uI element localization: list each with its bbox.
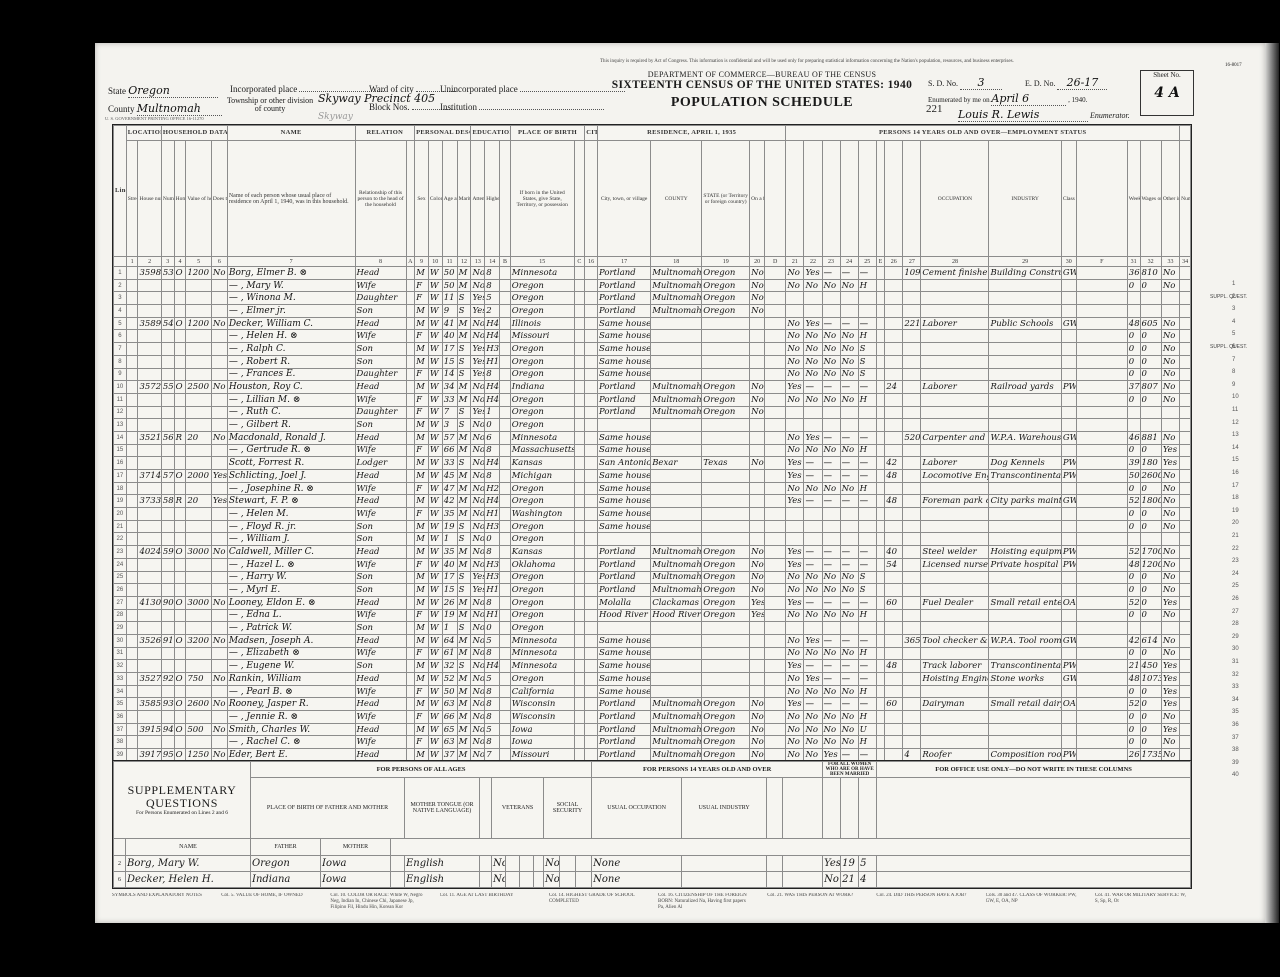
cell-wk <box>1127 292 1140 305</box>
census-row: 3— , Winona M.DaughterFW11SYes5OregonPor… <box>114 292 1191 305</box>
cell-house: 3714 <box>138 470 161 483</box>
cell-gr: 8 <box>485 596 500 609</box>
cell-c21 <box>786 508 804 521</box>
cell-race: W <box>428 419 442 432</box>
form-number: 16-8017 <box>1225 62 1242 69</box>
cell-race: W <box>428 660 442 673</box>
cell-wage <box>1140 622 1161 635</box>
cell-rel: Daughter <box>355 406 406 419</box>
cell-c24: — <box>840 596 858 609</box>
cell-hh <box>161 571 174 584</box>
cell-age: 66 <box>442 444 457 457</box>
cell-c24: — <box>840 431 858 444</box>
cell-c21: No <box>786 609 804 622</box>
cell-c24: No <box>840 330 858 343</box>
cell-blank <box>876 470 885 483</box>
cell-wage: 450 <box>1140 660 1161 673</box>
column-number: 16 <box>585 257 598 267</box>
cell-house: 3527 <box>138 673 161 686</box>
cell-rel: Wife <box>355 482 406 495</box>
cell-blank <box>876 317 885 330</box>
cell-c21: No <box>786 571 804 584</box>
cell-blank <box>406 267 415 280</box>
cell-bp: Minnesota <box>510 634 574 647</box>
cell-cnty: Multnomah <box>651 546 702 559</box>
column-number: 9 <box>415 257 429 267</box>
cell-oth: No <box>1161 571 1179 584</box>
cell-c23: — <box>822 596 840 609</box>
cell-blank <box>1180 660 1191 673</box>
cell-sch: No <box>471 711 485 724</box>
cell-blank <box>1076 533 1127 546</box>
cell-farm: No <box>211 381 227 394</box>
supp-blank <box>783 872 823 888</box>
cell-age: 45 <box>442 470 457 483</box>
cell-name: Rooney, Jasper R. <box>227 698 355 711</box>
cell-blank <box>765 520 786 533</box>
cell-sex: F <box>415 482 429 495</box>
cell-c26: 48 <box>885 660 903 673</box>
cell-c26 <box>885 393 903 406</box>
township-annotation: Skyway <box>318 112 353 122</box>
cell-street <box>126 634 138 647</box>
cell-blank <box>1076 698 1127 711</box>
cell-bp: Oregon <box>510 305 574 318</box>
cell-c24: No <box>840 647 858 660</box>
cell-oth: Yes <box>1161 698 1179 711</box>
cell-c22 <box>804 508 822 521</box>
column-number: F <box>1076 257 1127 267</box>
cell-blank <box>406 711 415 724</box>
cell-blank <box>1076 457 1127 470</box>
cell-c25: H <box>858 330 876 343</box>
cell-onfarm <box>750 343 765 356</box>
cell-oth: No <box>1161 558 1179 571</box>
cell-race: W <box>428 482 442 495</box>
cell-c27 <box>903 457 921 470</box>
column-number: 5 <box>186 257 212 267</box>
cell-cls <box>1061 305 1076 318</box>
cell-own: R <box>174 495 186 508</box>
right-line-number: 39 <box>1232 760 1239 766</box>
cell-gr: H1 <box>485 584 500 597</box>
cell-name: — , Gertrude R. ⊗ <box>227 444 355 457</box>
cell-value <box>186 457 212 470</box>
cell-blank <box>876 634 885 647</box>
cell-oth: No <box>1161 495 1179 508</box>
schedule-title: POPULATION SCHEDULE <box>592 95 932 111</box>
cell-c27 <box>903 711 921 724</box>
cell-own: O <box>174 317 186 330</box>
cell-age: 50 <box>442 685 457 698</box>
cell-blank <box>876 685 885 698</box>
right-line-number: 17 <box>1232 483 1239 489</box>
cell-age: 35 <box>442 546 457 559</box>
cell-st: Oregon <box>702 723 750 736</box>
cell-age: 19 <box>442 520 457 533</box>
cell-blank <box>500 406 511 419</box>
cell-blank <box>585 343 598 356</box>
cell-wage: 0 <box>1140 482 1161 495</box>
cell-blank <box>1076 431 1127 444</box>
cell-wage: 0 <box>1140 685 1161 698</box>
cell-c21: No <box>786 267 804 280</box>
cell-gr: 8 <box>485 698 500 711</box>
cell-blank <box>876 406 885 419</box>
cell-street <box>126 457 138 470</box>
right-line-number: 15 <box>1232 457 1239 463</box>
cell-sex: M <box>415 723 429 736</box>
cell-c23 <box>822 292 840 305</box>
cell-gr: H4 <box>485 317 500 330</box>
cell-blank <box>585 305 598 318</box>
line-number: 24 <box>114 558 127 571</box>
cell-wk: 37 <box>1127 381 1140 394</box>
cell-bp: Michigan <box>510 470 574 483</box>
cell-own <box>174 305 186 318</box>
cell-c21: No <box>786 482 804 495</box>
cell-st <box>702 508 750 521</box>
cell-own <box>174 609 186 622</box>
cell-cls <box>1061 482 1076 495</box>
cell-blank <box>500 482 511 495</box>
cell-c26: 42 <box>885 457 903 470</box>
cell-name: — , Floyd R. jr. <box>227 520 355 533</box>
cell-sch: No <box>471 495 485 508</box>
cell-street <box>126 470 138 483</box>
cell-c27: 365 <box>903 634 921 647</box>
cell-rel: Son <box>355 533 406 546</box>
cell-c26 <box>885 368 903 381</box>
cell-gr: 8 <box>485 685 500 698</box>
cell-cls: PW <box>1061 470 1076 483</box>
line-number: 18 <box>114 482 127 495</box>
cell-city: Same house <box>598 647 651 660</box>
cell-blank <box>500 698 511 711</box>
cell-blank <box>876 711 885 724</box>
supp-married_more: Yes <box>823 856 841 872</box>
cell-hh: 93 <box>161 698 174 711</box>
cell-c22: — <box>804 470 822 483</box>
line-number: 25 <box>114 571 127 584</box>
cell-blank <box>1076 673 1127 686</box>
cell-blank <box>876 495 885 508</box>
cell-blank <box>585 267 598 280</box>
cell-sch: Yes <box>471 355 485 368</box>
cell-blank <box>765 457 786 470</box>
cell-blank <box>1180 419 1191 432</box>
cell-house: 3915 <box>138 723 161 736</box>
cell-cls: GW <box>1061 495 1076 508</box>
column-number: 29 <box>989 257 1061 267</box>
cell-blank <box>406 470 415 483</box>
cell-age: 35 <box>442 508 457 521</box>
cell-rel: Son <box>355 355 406 368</box>
cell-oth: Yes <box>1161 444 1179 457</box>
cell-own <box>174 330 186 343</box>
cell-rel: Head <box>355 381 406 394</box>
right-line-number: 29 <box>1232 634 1239 640</box>
cell-farm <box>211 355 227 368</box>
cell-hh <box>161 292 174 305</box>
cell-c27 <box>903 292 921 305</box>
cell-city: San Antonio <box>598 457 651 470</box>
census-row: 14352156R20NoMacdonald, Ronald J.HeadMW5… <box>114 431 1191 444</box>
cell-blank <box>876 431 885 444</box>
cell-hh <box>161 558 174 571</box>
cell-age: 63 <box>442 736 457 749</box>
cell-ms: S <box>457 584 471 597</box>
supp-name: Borg, Mary W. <box>126 856 251 872</box>
supp-usual_occ: None <box>592 856 682 872</box>
cell-blank <box>500 723 511 736</box>
cell-street <box>126 673 138 686</box>
cell-blank <box>574 419 585 432</box>
cell-name: — , Ralph C. <box>227 343 355 356</box>
cell-value <box>186 355 212 368</box>
cell-race: W <box>428 622 442 635</box>
cell-blank <box>876 596 885 609</box>
cell-blank <box>765 495 786 508</box>
cell-c24: No <box>840 736 858 749</box>
cell-street <box>126 355 138 368</box>
supp-age_first_marriage: 21 <box>841 872 859 888</box>
line-number: 38 <box>114 736 127 749</box>
supp-blank <box>480 872 492 888</box>
cell-onfarm <box>750 495 765 508</box>
cell-occ: Hoisting Engineer <box>921 673 989 686</box>
cell-gr: 0 <box>485 419 500 432</box>
cell-value <box>186 571 212 584</box>
census-row: 6— , Helen H. ⊗WifeFW40MNoH4MissouriSame… <box>114 330 1191 343</box>
cell-city <box>598 622 651 635</box>
cell-blank <box>574 558 585 571</box>
right-line-numbers: 1234567891011121314151617181920212223242… <box>1192 124 1262 760</box>
cell-cnty <box>651 330 702 343</box>
cell-blank <box>1076 317 1127 330</box>
right-line-number: 27 <box>1232 609 1239 615</box>
cell-house <box>138 533 161 546</box>
cell-blank <box>1076 495 1127 508</box>
cell-ind: Hoisting equipment <box>989 546 1061 559</box>
cell-wage: 2600 <box>1140 470 1161 483</box>
cell-farm <box>211 520 227 533</box>
cell-c25 <box>858 533 876 546</box>
cell-bp: Oregon <box>510 571 574 584</box>
cell-blank <box>876 305 885 318</box>
right-line-number: 40 <box>1232 772 1239 778</box>
birthplace-header: PLACE OF BIRTH <box>510 126 584 141</box>
cell-gr: H2 <box>485 482 500 495</box>
cell-blank <box>585 571 598 584</box>
cell-c27: 520 <box>903 431 921 444</box>
cell-blank <box>765 406 786 419</box>
line-number: 32 <box>114 660 127 673</box>
column-number: 33 <box>1161 257 1179 267</box>
cell-gr: 2 <box>485 305 500 318</box>
cell-st: Oregon <box>702 584 750 597</box>
cell-ms: M <box>457 596 471 609</box>
cell-oth: No <box>1161 634 1179 647</box>
cell-occ <box>921 533 989 546</box>
cell-cnty: Bexar <box>651 457 702 470</box>
cell-cnty <box>651 482 702 495</box>
cell-blank <box>1180 406 1191 419</box>
cell-c27 <box>903 558 921 571</box>
cell-c22 <box>804 292 822 305</box>
state-value: Oregon <box>128 84 218 98</box>
cell-value: 2600 <box>186 698 212 711</box>
right-line-number: 16 <box>1232 470 1239 476</box>
cell-ms: S <box>457 660 471 673</box>
line-number: 5 <box>114 317 127 330</box>
cell-c21: Yes <box>786 495 804 508</box>
cell-cnty <box>651 495 702 508</box>
cell-onfarm <box>750 685 765 698</box>
cell-sch: No <box>471 317 485 330</box>
cell-onfarm <box>750 431 765 444</box>
cell-cnty: Multnomah <box>651 698 702 711</box>
cell-st: Oregon <box>702 393 750 406</box>
cell-blank <box>406 431 415 444</box>
cell-occ: Locomotive Engineer <box>921 470 989 483</box>
cell-age: 66 <box>442 711 457 724</box>
cell-ms: M <box>457 647 471 660</box>
cell-ms: M <box>457 330 471 343</box>
cell-cnty <box>651 660 702 673</box>
cell-occ <box>921 292 989 305</box>
cell-cls <box>1061 647 1076 660</box>
cell-cls <box>1061 584 1076 597</box>
cell-sch: No <box>471 723 485 736</box>
cell-street <box>126 482 138 495</box>
supp-blank <box>506 872 520 888</box>
cell-c21: No <box>786 685 804 698</box>
cell-ind <box>989 482 1061 495</box>
cell-c21: No <box>786 736 804 749</box>
cell-blank <box>406 381 415 394</box>
cell-sex: M <box>415 267 429 280</box>
cell-sch: No <box>471 457 485 470</box>
cell-wk: 0 <box>1127 368 1140 381</box>
cell-c23: — <box>822 660 840 673</box>
cell-rel: Wife <box>355 444 406 457</box>
cell-city: Portland <box>598 723 651 736</box>
cell-c23: — <box>822 470 840 483</box>
cell-c25: — <box>858 381 876 394</box>
cell-oth: No <box>1161 431 1179 444</box>
cell-onfarm: No <box>750 584 765 597</box>
cell-value: 750 <box>186 673 212 686</box>
cell-c25: — <box>858 431 876 444</box>
cell-house <box>138 736 161 749</box>
cell-onfarm <box>750 508 765 521</box>
cell-blank <box>876 584 885 597</box>
cell-c22: No <box>804 723 822 736</box>
state-field: State Oregon <box>108 84 218 98</box>
cell-st: Oregon <box>702 698 750 711</box>
cell-name: — , Eugene W. <box>227 660 355 673</box>
cell-wk: 52 <box>1127 495 1140 508</box>
supp-blank <box>877 856 1191 872</box>
cell-c23 <box>822 406 840 419</box>
cell-bp: Oregon <box>510 393 574 406</box>
cell-house: 3589 <box>138 317 161 330</box>
cell-c27 <box>903 368 921 381</box>
cell-sch: Yes <box>471 584 485 597</box>
cell-c23: No <box>822 571 840 584</box>
cell-sex: M <box>415 622 429 635</box>
cell-c24: No <box>840 723 858 736</box>
cell-blank <box>500 444 511 457</box>
cell-rel: Son <box>355 660 406 673</box>
cell-cls <box>1061 355 1076 368</box>
cell-rel: Wife <box>355 736 406 749</box>
cell-blank <box>1076 736 1127 749</box>
cell-c21: No <box>786 330 804 343</box>
cell-wage: 0 <box>1140 330 1161 343</box>
cell-cnty <box>651 343 702 356</box>
cell-onfarm: No <box>750 571 765 584</box>
cell-age: 11 <box>442 292 457 305</box>
cell-ind <box>989 711 1061 724</box>
cell-c25 <box>858 292 876 305</box>
cell-ind: Private hospital <box>989 558 1061 571</box>
cell-blank <box>1180 368 1191 381</box>
cell-st <box>702 685 750 698</box>
cell-own: O <box>174 267 186 280</box>
cell-wage: 0 <box>1140 698 1161 711</box>
cell-c22 <box>804 520 822 533</box>
cell-c25 <box>858 305 876 318</box>
cell-street <box>126 558 138 571</box>
cell-ind <box>989 685 1061 698</box>
cell-blank <box>765 533 786 546</box>
cell-city: Same house <box>598 330 651 343</box>
cell-sex: M <box>415 457 429 470</box>
footer-note: Col. 41. WAR OR MILITARY SERVICE: W, S, … <box>1095 893 1190 923</box>
cell-oth: Yes <box>1161 457 1179 470</box>
cell-c27 <box>903 495 921 508</box>
line-number: 17 <box>114 470 127 483</box>
cell-hh <box>161 520 174 533</box>
cell-st: Oregon <box>702 292 750 305</box>
cell-race: W <box>428 343 442 356</box>
cell-blank <box>574 444 585 457</box>
cell-st <box>702 355 750 368</box>
cell-blank <box>406 584 415 597</box>
cell-onfarm <box>750 482 765 495</box>
cell-gr: 0 <box>485 622 500 635</box>
cell-farm <box>211 558 227 571</box>
cell-cnty: Multnomah <box>651 711 702 724</box>
cell-hh <box>161 482 174 495</box>
cell-ind: W.P.A. Tool room <box>989 634 1061 647</box>
cell-c24 <box>840 292 858 305</box>
cell-name: — , Hazel L. ⊗ <box>227 558 355 571</box>
cell-blank <box>585 660 598 673</box>
cell-occ <box>921 609 989 622</box>
cell-occ <box>921 482 989 495</box>
cell-bp: Oregon <box>510 368 574 381</box>
cell-oth: No <box>1161 711 1179 724</box>
cell-race: W <box>428 698 442 711</box>
cell-c26 <box>885 444 903 457</box>
cell-gr: H4 <box>485 330 500 343</box>
cell-blank <box>1076 558 1127 571</box>
cell-ind <box>989 520 1061 533</box>
cell-oth: No <box>1161 317 1179 330</box>
